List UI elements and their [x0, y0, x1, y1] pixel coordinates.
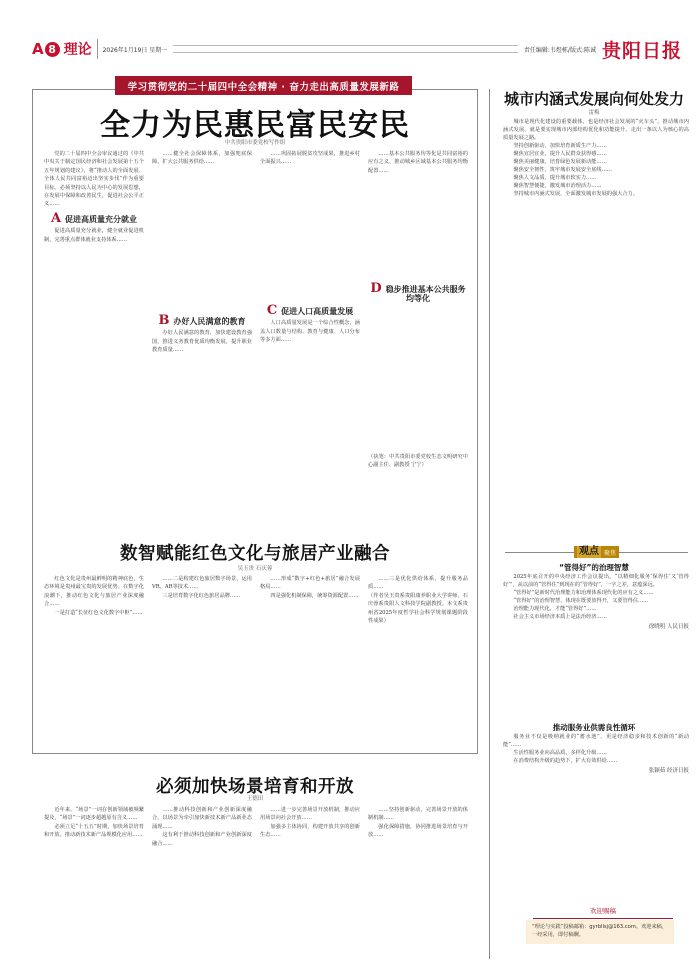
source-credit: 徐晓明 人民日报 [503, 623, 689, 631]
paragraph: 加强多主体协同，构建开放共享的创新生态…… [260, 823, 360, 840]
page-letter: A [32, 40, 44, 58]
paragraph: ……二是构建红色旅居数字场景，运用VR、AR等技术…… [152, 575, 252, 592]
paragraph: ……健全社会保障体系，加强兜底保障，扩大公共服务供给…… [152, 150, 252, 167]
article-2-byline: 吴玉贵 石庆蓉 [32, 564, 478, 572]
section-heading-d: D稳步推进基本公共服务均等化 [368, 285, 468, 303]
topic-banner: 学习贯彻党的二十届四中全会精神 · 奋力走出高质量发展新路 [115, 76, 412, 95]
section-letter: A [51, 211, 61, 226]
paragraph: 四是强化机制保障，统筹资源配置…… [260, 592, 360, 600]
article-2-title: 数智赋能红色文化与旅居产业融合 [32, 540, 478, 565]
a3-col-4: ……坚持创新驱动，完善场景开放的体制机制……强化保障措施，协同推进场景培育与开放… [368, 806, 468, 956]
right-article-2-title: “管得好”的治理智慧 [496, 562, 692, 573]
right-article-1-byline: 雷梅 [496, 108, 692, 116]
paragraph: 2025年底召开的中央经济工作会议提出，“以精细化服务‘保得住’又‘管得好’”，… [503, 573, 689, 589]
a3-col-1: 近年来，“场景”一词在创新领域被频繁提及，“场景”一词逐步超越原有含义……必须立… [44, 806, 144, 956]
right-article-1-title: 城市内涵式发展向何处发力 [496, 88, 692, 109]
paragraph: 必须立足“十五五”时期，加快场景培育和开放，推动新技术新产品规模化应用…… [44, 823, 144, 840]
paragraph: 城市是现代化建设的重要载体，也是经济社会发展的“火车头”。推动城市内涵式发展，就… [503, 118, 689, 142]
paragraph: 聚焦智慧便捷，激发城市治理活力…… [503, 182, 689, 190]
author-credit: （执笔：中共贵阳市委党校生态文明研究中心副主任、副教授 宁宁） [368, 453, 468, 470]
paragraph: 一是打造“长征红色文化数字中枢”…… [44, 609, 144, 617]
lead-article-byline: 中共贵阳市委党校写作组 [32, 138, 478, 146]
paragraph: 人口高质量发展是一个综合性概念，涵盖人口数量与结构、教育与健康、人口分布等多方面… [260, 319, 360, 344]
viewpoint-sub-label: 聚焦 [604, 548, 616, 557]
source-credit: 张颖茹 经济日报 [503, 767, 689, 775]
paragraph: ……坚持创新驱动，完善场景开放的体制机制…… [368, 806, 468, 823]
paragraph: 治理能力现代化，才能“管得好”…… [503, 605, 689, 613]
divider-line [619, 552, 688, 553]
right-article-3-body: 服务业不仅是吸纳就业的“蓄水池”，更是经济稳步和技术创新的“新动能”…… 生活性… [503, 733, 689, 903]
divider-line [505, 552, 574, 553]
paragraph: 聚焦宜居宜业，提升人民群众获得感…… [503, 150, 689, 158]
paragraph: 强化保障措施，协同推进场景培育与开放…… [368, 823, 468, 840]
page-code: A 8 [32, 40, 60, 58]
section-name: 理论 [64, 39, 98, 59]
right-article-2-body: 2025年底召开的中央经济工作会议提出，“以精细化服务‘保得住’又‘管得好’”，… [503, 573, 689, 709]
a2-col-1: 红色文化是贵州最鲜明的精神底色，生态环境是贵州最宝贵的发展优势。在数字化浪潮下，… [44, 575, 144, 747]
article-3-body: 近年来，“场景”一词在创新领域被频繁提及，“场景”一词逐步超越原有含义……必须立… [44, 806, 468, 956]
paragraph: ……进一步完善场景开放机制，推动应用场景向社会开放…… [260, 806, 360, 823]
lead-article-body: 党的二十届四中全会审议通过的《中共中央关于制定国民经济和社会发展第十五个五年规划… [44, 150, 468, 540]
section-letter: D [370, 281, 381, 296]
issue-date: 2026年1月19日 星期一 [103, 45, 168, 54]
paragraph: ……推动科技创新和产业创新深度融合，以场景为牵引加快新技术新产品新业态涌现…… [152, 806, 252, 831]
paragraph: 生活性服务业向高品质、多样化升级…… [503, 749, 689, 757]
viewpoint-section-bar: 观点 聚焦 [505, 546, 688, 558]
right-article-3-title: 推动服务业供需良性循环 [496, 722, 692, 733]
lead-col-2: ……健全社会保障体系，加强兜底保障，扩大公共服务供给…… B办好人民满意的教育 … [152, 150, 252, 540]
column-divider [489, 89, 490, 959]
a3-col-3: ……进一步完善场景开放机制，推动应用场景向社会开放……加强多主体协同，构建开放共… [260, 806, 360, 956]
paragraph: 坚持城市内涵式发展，全面激发城市发展的强大合力。 [503, 190, 689, 198]
a3-col-2: ……推动科技创新和产业创新深度融合，以场景为牵引加快新技术新产品新业态涌现……这… [152, 806, 252, 956]
article-2-body: 红色文化是贵州最鲜明的精神底色，生态环境是贵州最宝贵的发展优势。在数字化浪潮下，… [44, 575, 468, 747]
paragraph: 党的二十届四中全会审议通过的《中共中央关于制定国民经济和社会发展第十五个五年规划… [44, 150, 144, 209]
right-article-1-body: 城市是现代化建设的重要载体，也是经济社会发展的“火车头”。推动城市内涵式发展，就… [503, 118, 689, 526]
section-heading-b: B办好人民满意的教育 [152, 317, 252, 326]
section-heading-text: 稳步推进基本公共服务均等化 [386, 285, 466, 302]
section-heading-text: 办好人民满意的教育 [174, 317, 246, 326]
paragraph: 服务业不仅是吸纳就业的“蓄水池”，更是经济稳步和技术创新的“新动能”…… [503, 733, 689, 749]
paragraph: ……三是优化供给体系，提升服务品质…… [368, 575, 468, 592]
lead-col-3: ……巩固拓展脱贫攻坚成果，推进乡村全面振兴…… C促进人口高质量发展 人口高质量… [260, 150, 360, 540]
paragraph: 红色文化是贵州最鲜明的精神底色，生态环境是贵州最宝贵的发展优势。在数字化浪潮下，… [44, 575, 144, 609]
paragraph: 坚持创新驱动，加快培育新质生产力…… [503, 142, 689, 150]
call-for-papers-box: “理论与实践”投稿邮箱：gyrbllsj@163.com。欢迎来稿，一经采用，即… [526, 920, 674, 944]
lead-col-1: 党的二十届四中全会审议通过的《中共中央关于制定国民经济和社会发展第十五个五年规划… [44, 150, 144, 540]
section-heading-c: C促进人口高质量发展 [260, 307, 360, 316]
viewpoint-tag: 观点 聚焦 [574, 546, 619, 558]
paragraph: 聚焦美丽健康，培育绿色发展新动能…… [503, 158, 689, 166]
paragraph: ……形成“数字+红色+旅居”融合发展格局…… [260, 575, 360, 592]
page-header: A 8 理论 2026年1月19日 星期一 责任编辑:韦煜栋/版式:陈诚 贵阳日… [32, 40, 682, 58]
paragraph: 聚焦安全韧性，筑牢城市发展安全底线…… [503, 166, 689, 174]
newspaper-logo: 贵阳日报 [602, 36, 682, 63]
a2-col-2: ……二是构建红色旅居数字场景，运用VR、AR等技术……三是培育数字化红色旅居品牌… [152, 575, 252, 747]
a2-col-3: ……形成“数字+红色+旅居”融合发展格局……四是强化机制保障，统筹资源配置…… [260, 575, 360, 747]
call-for-papers-title: 欢迎赐稿 [533, 906, 673, 919]
a2-col-4: ……三是优化供给体系，提升服务品质……（作者吴玉贵系贵阳康养职业大学讲师，石庆蓉… [368, 575, 468, 747]
page-number-badge: 8 [45, 42, 60, 57]
paragraph: 促进高质量充分就业，健全就业促进机制，完善重点群体就业支持体系…… [44, 227, 144, 244]
paragraph: ……基本公共服务均等化是共同富裕的应有之义，推动城乡区域基本公共服务均衡配置…… [368, 150, 468, 175]
section-letter: B [159, 313, 170, 328]
paragraph: ……巩固拓展脱贫攻坚成果，推进乡村全面振兴…… [260, 150, 360, 167]
call-for-papers-text: “理论与实践”投稿邮箱：gyrbllsj@163.com。欢迎来稿，一经采用，即… [532, 924, 667, 938]
paragraph: 办好人民满意的教育，加快建设教育强国，推进义务教育优质均衡发展，提升职业教育质量… [152, 329, 252, 354]
paragraph: 在消费结构升级的趋势下，扩大有效供给…… [503, 757, 689, 765]
paragraph: 社会主义市场经济本质上是法治经济…… [503, 613, 689, 621]
paragraph: 这有利于推动科技创新和产业创新深度融合…… [152, 831, 252, 848]
paragraph: 三是培育数字化红色旅居品牌…… [152, 592, 252, 600]
section-heading-a: A促进高质量充分就业 [44, 215, 144, 224]
viewpoint-label: 观点 [577, 546, 601, 558]
article-3-byline: 王德田 [32, 794, 478, 802]
paragraph: 近年来，“场景”一词在创新领域被频繁提及，“场景”一词逐步超越原有含义…… [44, 806, 144, 823]
section-heading-text: 促进高质量充分就业 [65, 215, 137, 224]
author-credit: （作者吴玉贵系贵阳康养职业大学讲师，石庆蓉系贵阳人文科技学院副教授。本文系贵州省… [368, 592, 468, 626]
lead-col-4: ……基本公共服务均等化是共同富裕的应有之义，推动城乡区域基本公共服务均衡配置……… [368, 150, 468, 540]
editor-credit: 责任编辑:韦煜栋/版式:陈诚 [524, 45, 596, 54]
section-heading-text: 促进人口高质量发展 [281, 307, 353, 316]
section-letter: C [267, 303, 277, 318]
paragraph: “管得好”是新时代治理能力和治理体系现代化的应有之义…… [503, 589, 689, 597]
paragraph: 聚焦人文品质，提升城市软实力…… [503, 174, 689, 182]
paragraph: “管得好”的治理智慧，体现在既要放得开，又要管得住…… [503, 597, 689, 605]
header-rule [173, 45, 518, 53]
